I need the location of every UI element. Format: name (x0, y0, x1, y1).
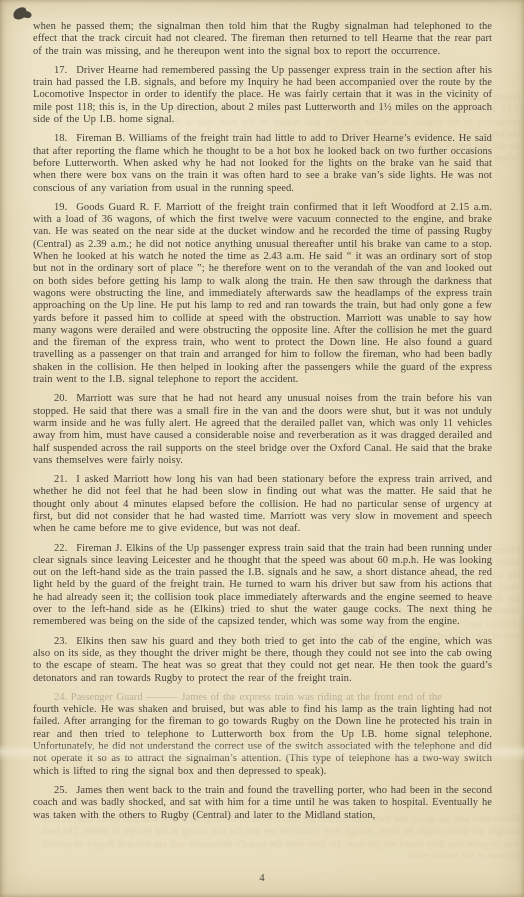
paragraph-text: Elkins then saw his guard and they both … (33, 636, 492, 684)
paragraph-text: Fireman J. Elkins of the Up passenger ex… (33, 543, 492, 628)
paragraph-number: 25. (54, 785, 76, 796)
paragraph-22: 22.Fireman J. Elkins of the Up passenger… (33, 543, 492, 629)
page-number: 4 (0, 873, 524, 884)
faded-first-line: 24. Passenger Guard ——— James of the exp… (33, 692, 492, 704)
paragraph-text: Fireman B. Williams of the freight train… (33, 133, 492, 193)
paragraph-25: 25.James then went back to the train and… (33, 785, 492, 822)
paragraph-number: 20. (54, 393, 76, 404)
paragraph-number: 21. (54, 474, 76, 485)
paragraph-text: Driver Hearne had remembered passing the… (33, 65, 492, 125)
paragraph-16-continuation: when he passed them; the signalman then … (33, 21, 492, 58)
paragraph-number: 19. (54, 202, 76, 213)
page-content: when he passed them; the signalman then … (33, 21, 492, 829)
paragraph-text: Marriott was sure that he had not heard … (33, 393, 492, 465)
paragraph-19: 19.Goods Guard R. F. Marriott of the fre… (33, 202, 492, 386)
paragraph-number: 22. (54, 543, 76, 554)
paragraph-text: fourth vehicle. He was shaken and bruise… (33, 704, 492, 778)
paragraph-20: 20.Marriott was sure that he had not hea… (33, 393, 492, 467)
paragraph-23: 23.Elkins then saw his guard and they bo… (33, 636, 492, 685)
document-page: Goods Guard R. F. Marriott of the freigh… (0, 0, 524, 897)
paragraph-text: I asked Marriott how long his van had be… (33, 474, 492, 534)
paragraph-24: 24. Passenger Guard ——— James of the exp… (33, 692, 492, 778)
paragraph-text: Goods Guard R. F. Marriott of the freigh… (33, 202, 492, 385)
paragraph-number: 17. (54, 65, 76, 76)
paragraph-number: 18. (54, 133, 76, 144)
paragraph-18: 18.Fireman B. Williams of the freight tr… (33, 133, 492, 194)
scanned-report-page: { "doc": { "page_number": "4", "paragrap… (0, 0, 524, 897)
paragraph-number: 23. (54, 636, 76, 647)
paragraph-text: James then went back to the train and fo… (33, 785, 492, 821)
paragraph-21: 21.I asked Marriott how long his van had… (33, 474, 492, 535)
paragraph-17: 17.Driver Hearne had remembered passing … (33, 65, 492, 126)
ink-stain (12, 6, 29, 21)
